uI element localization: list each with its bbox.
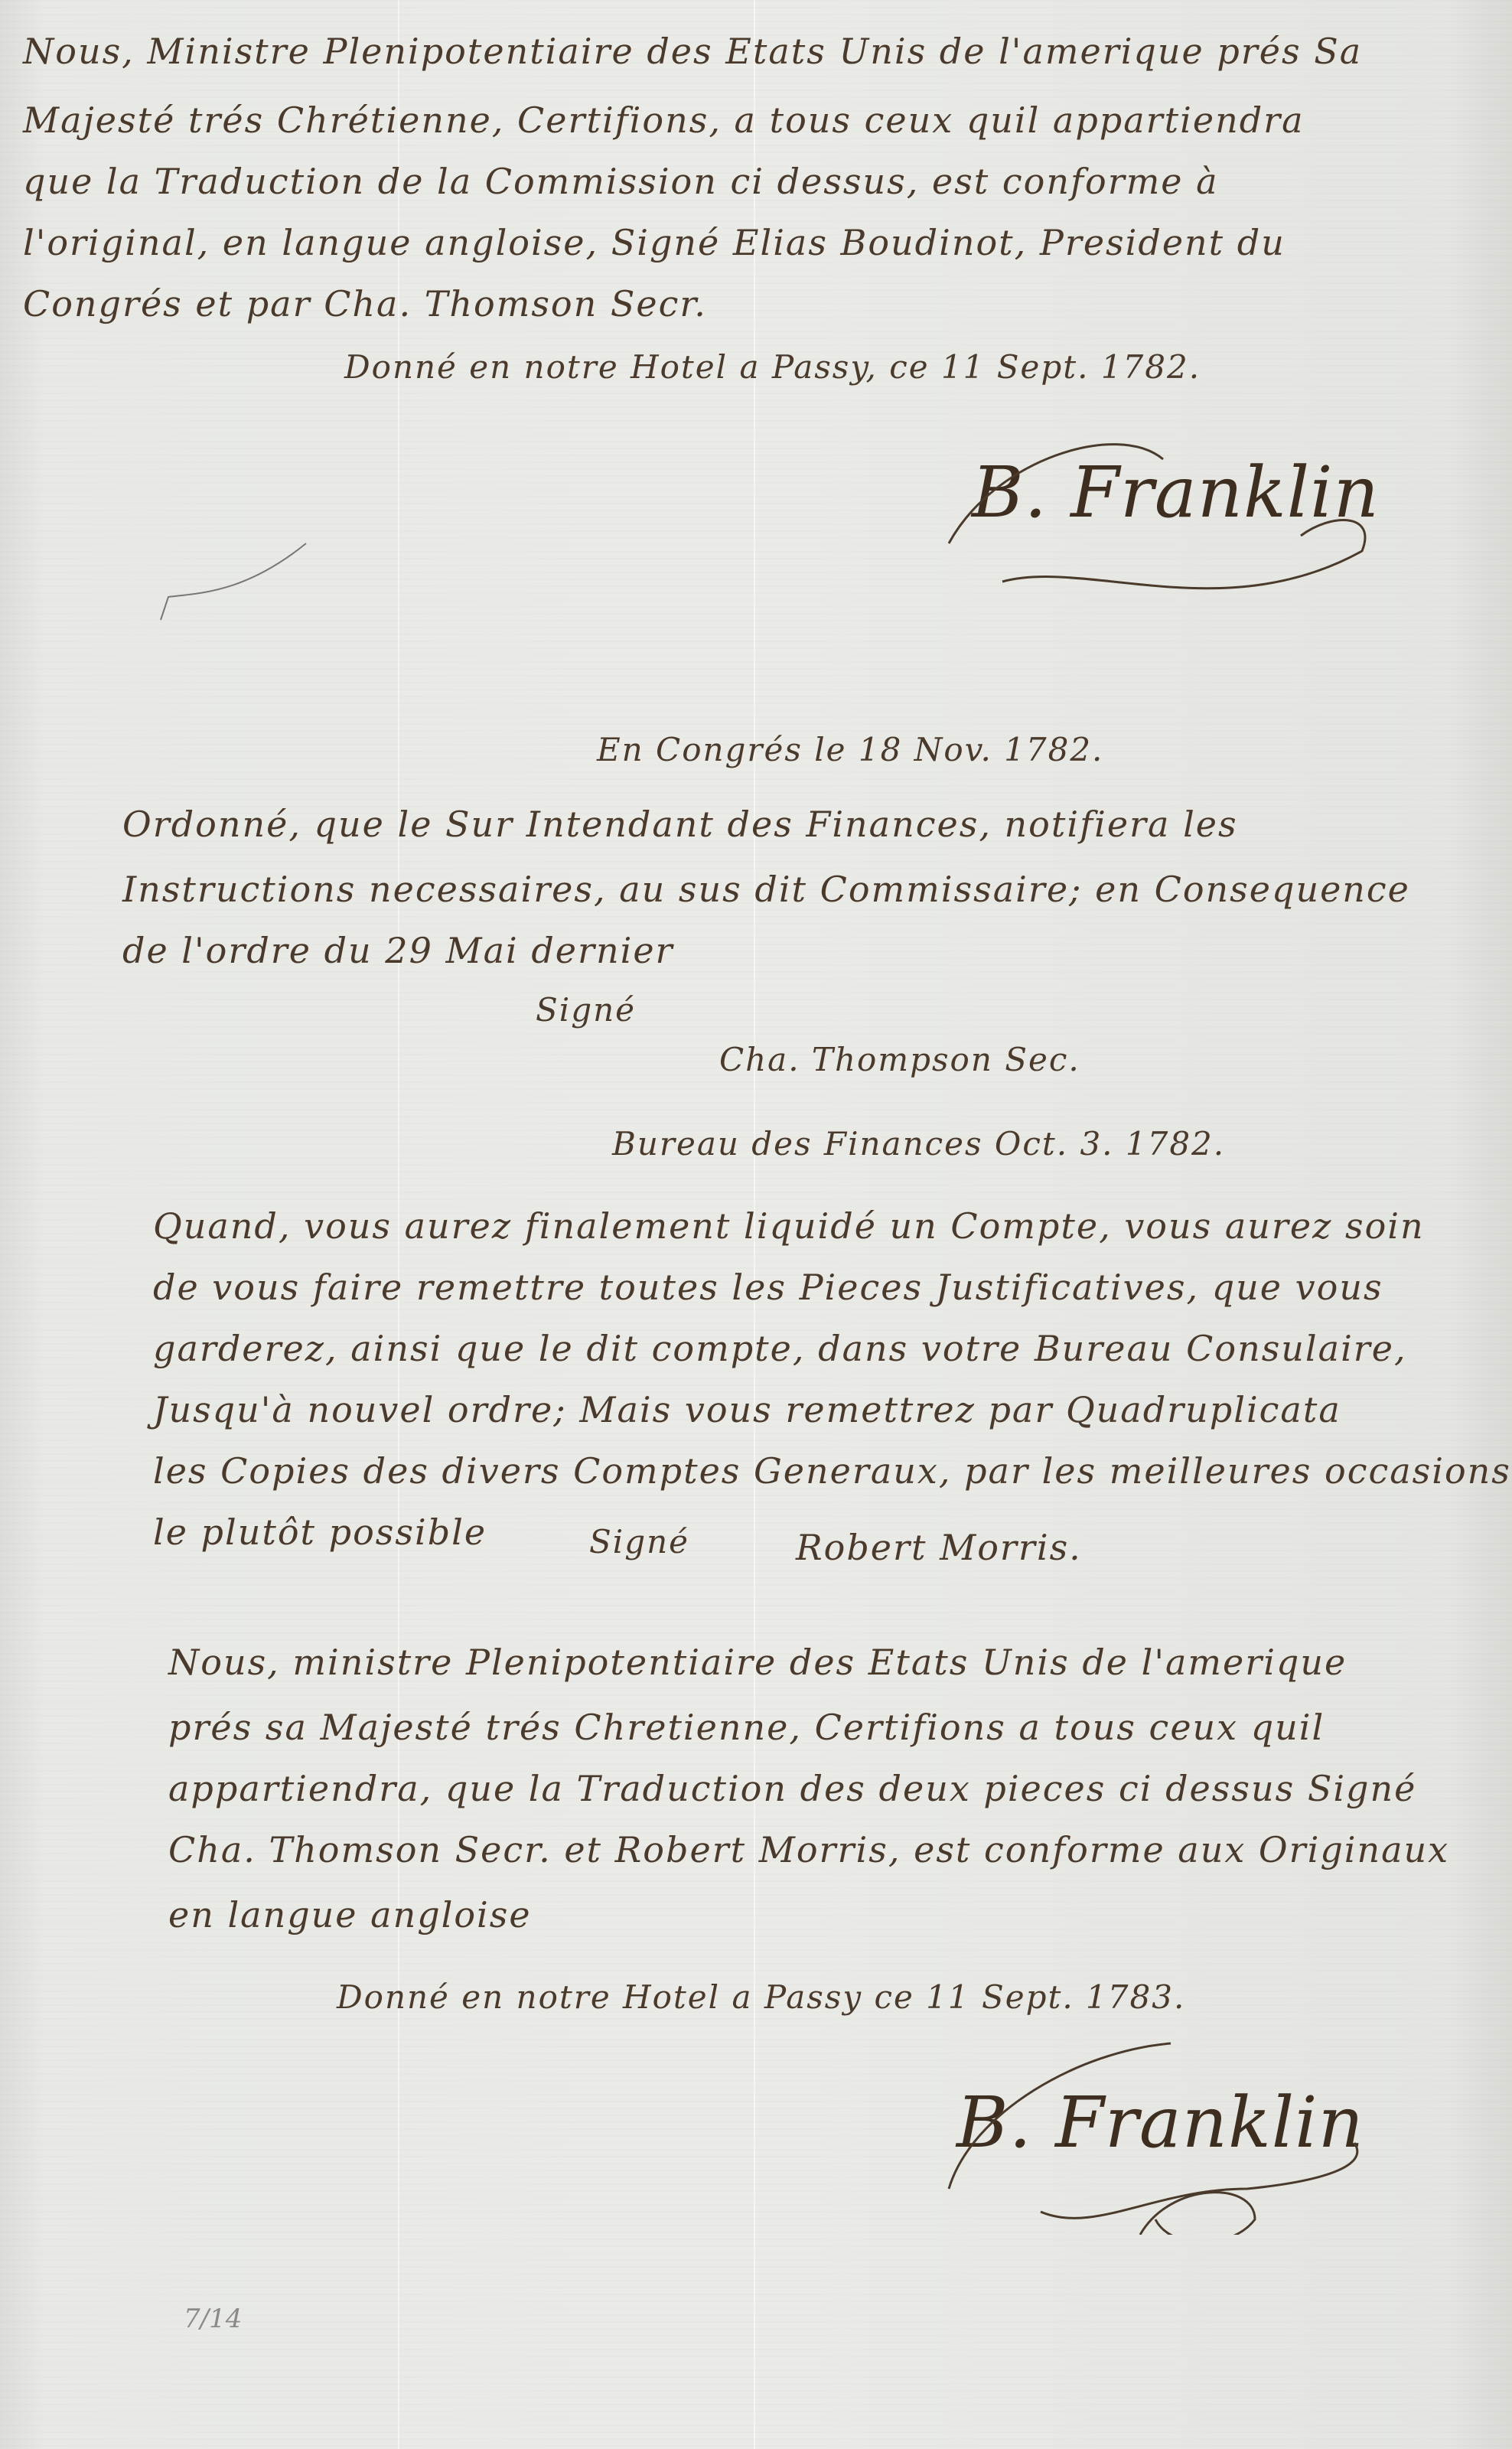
pencil-margin-note: 7/14: [184, 2304, 242, 2334]
bureau-signed-label: Signé: [589, 1523, 689, 1560]
cert1-line-4: l'original, en langue angloise, Signé El…: [23, 222, 1286, 263]
signature-flourish: [934, 429, 1393, 605]
bureau-line-5: les Copies des divers Comptes Generaux, …: [153, 1450, 1511, 1492]
bureau-line-6: le plutôt possible: [153, 1511, 487, 1553]
cert2-line-4: Cha. Thomson Secr. et Robert Morris, est…: [168, 1829, 1449, 1870]
bureau-line-3: garderez, ainsi que le dit compte, dans …: [153, 1328, 1407, 1369]
bureau-line-2: de vous faire remettre toutes les Pieces…: [153, 1267, 1383, 1308]
cert1-line-2: Majesté trés Chrétienne, Certifions, a t…: [23, 99, 1305, 141]
cert1-line-1: Nous, Ministre Plenipotentiaire des Etat…: [23, 31, 1362, 72]
cert2-line-3: appartiendra, que la Traduction des deux…: [168, 1768, 1416, 1809]
pencil-mark: [153, 536, 321, 628]
congress-signer: Cha. Thompson Sec.: [719, 1041, 1080, 1078]
cert1-line-3: que la Traduction de la Commission ci de…: [23, 161, 1219, 202]
manuscript-page: Nous, Ministre Plenipotentiaire des Etat…: [0, 0, 1512, 2449]
bureau-signer: Robert Morris.: [796, 1527, 1082, 1568]
bureau-line-1: Quand, vous aurez finalement liquidé un …: [153, 1205, 1425, 1247]
congress-signed-label: Signé: [536, 991, 636, 1029]
cert1-dateline: Donné en notre Hotel a Passy, ce 11 Sept…: [344, 348, 1201, 386]
congress-line-2: Instructions necessaires, au sus dit Com…: [122, 869, 1410, 910]
congress-line-3: de l'ordre du 29 Mai dernier: [122, 930, 674, 971]
signature-flourish: [926, 2036, 1385, 2235]
congress-line-1: Ordonné, que le Sur Intendant des Financ…: [122, 804, 1238, 845]
congress-heading: En Congrés le 18 Nov. 1782.: [597, 731, 1103, 768]
cert2-line-5: en langue angloise: [168, 1894, 532, 1935]
cert2-dateline: Donné en notre Hotel a Passy ce 11 Sept.…: [337, 1978, 1185, 2016]
bureau-heading: Bureau des Finances Oct. 3. 1782.: [612, 1125, 1225, 1163]
cert2-line-1: Nous, ministre Plenipotentiaire des Etat…: [168, 1642, 1347, 1683]
cert1-line-5: Congrés et par Cha. Thomson Secr.: [23, 283, 707, 324]
cert2-line-2: prés sa Majesté trés Chretienne, Certifi…: [168, 1707, 1325, 1748]
bureau-line-4: Jusqu'à nouvel ordre; Mais vous remettre…: [153, 1389, 1341, 1430]
